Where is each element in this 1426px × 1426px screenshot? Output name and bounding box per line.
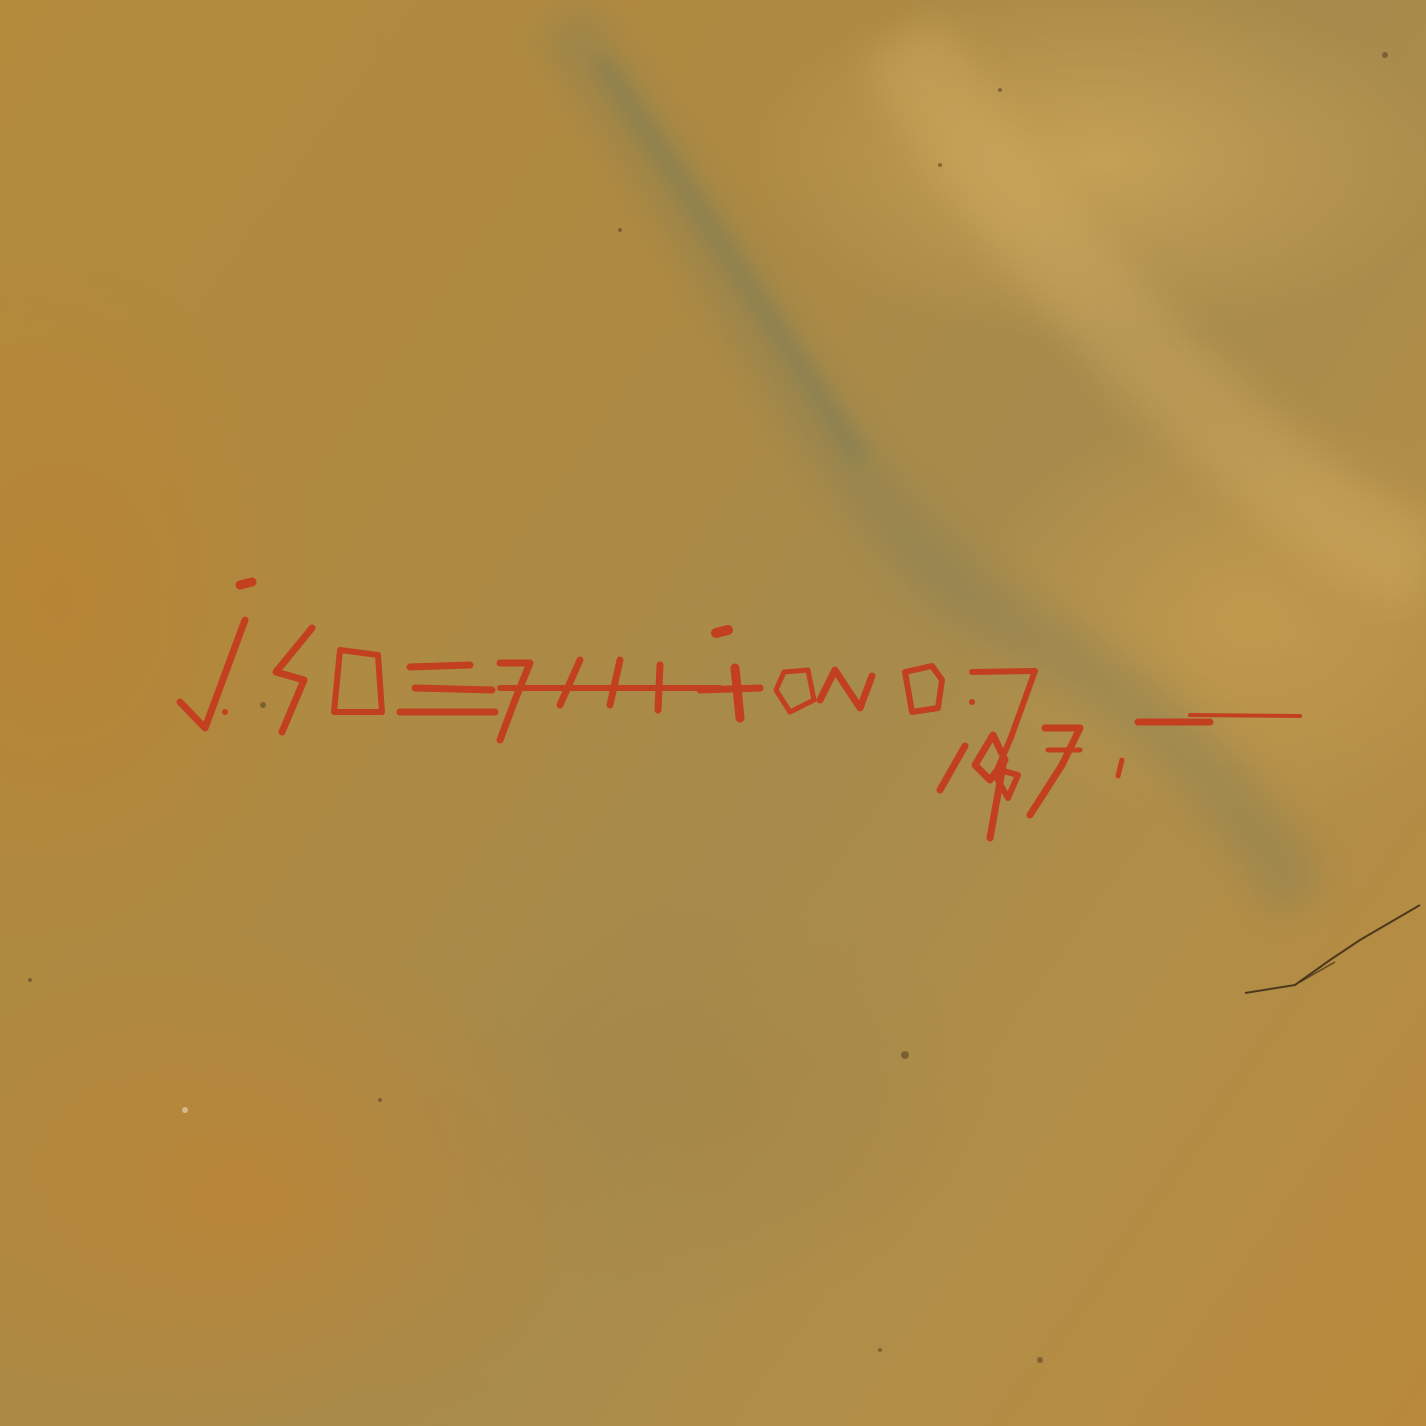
signature-letter-o2 [776, 670, 814, 712]
signature-letter-d [500, 663, 530, 740]
signature-letter-s [276, 628, 312, 732]
artist-signature [0, 0, 1426, 1426]
signature-letter-o [334, 650, 382, 712]
signature-year-7 [1030, 728, 1080, 815]
signature-letter-j [180, 620, 245, 728]
signature-letter-e [400, 665, 495, 712]
signature-year-1 [940, 746, 965, 790]
canvas-background [0, 0, 1426, 1426]
signature-letter-n [820, 670, 872, 708]
signature-letter-o3 [905, 666, 942, 712]
